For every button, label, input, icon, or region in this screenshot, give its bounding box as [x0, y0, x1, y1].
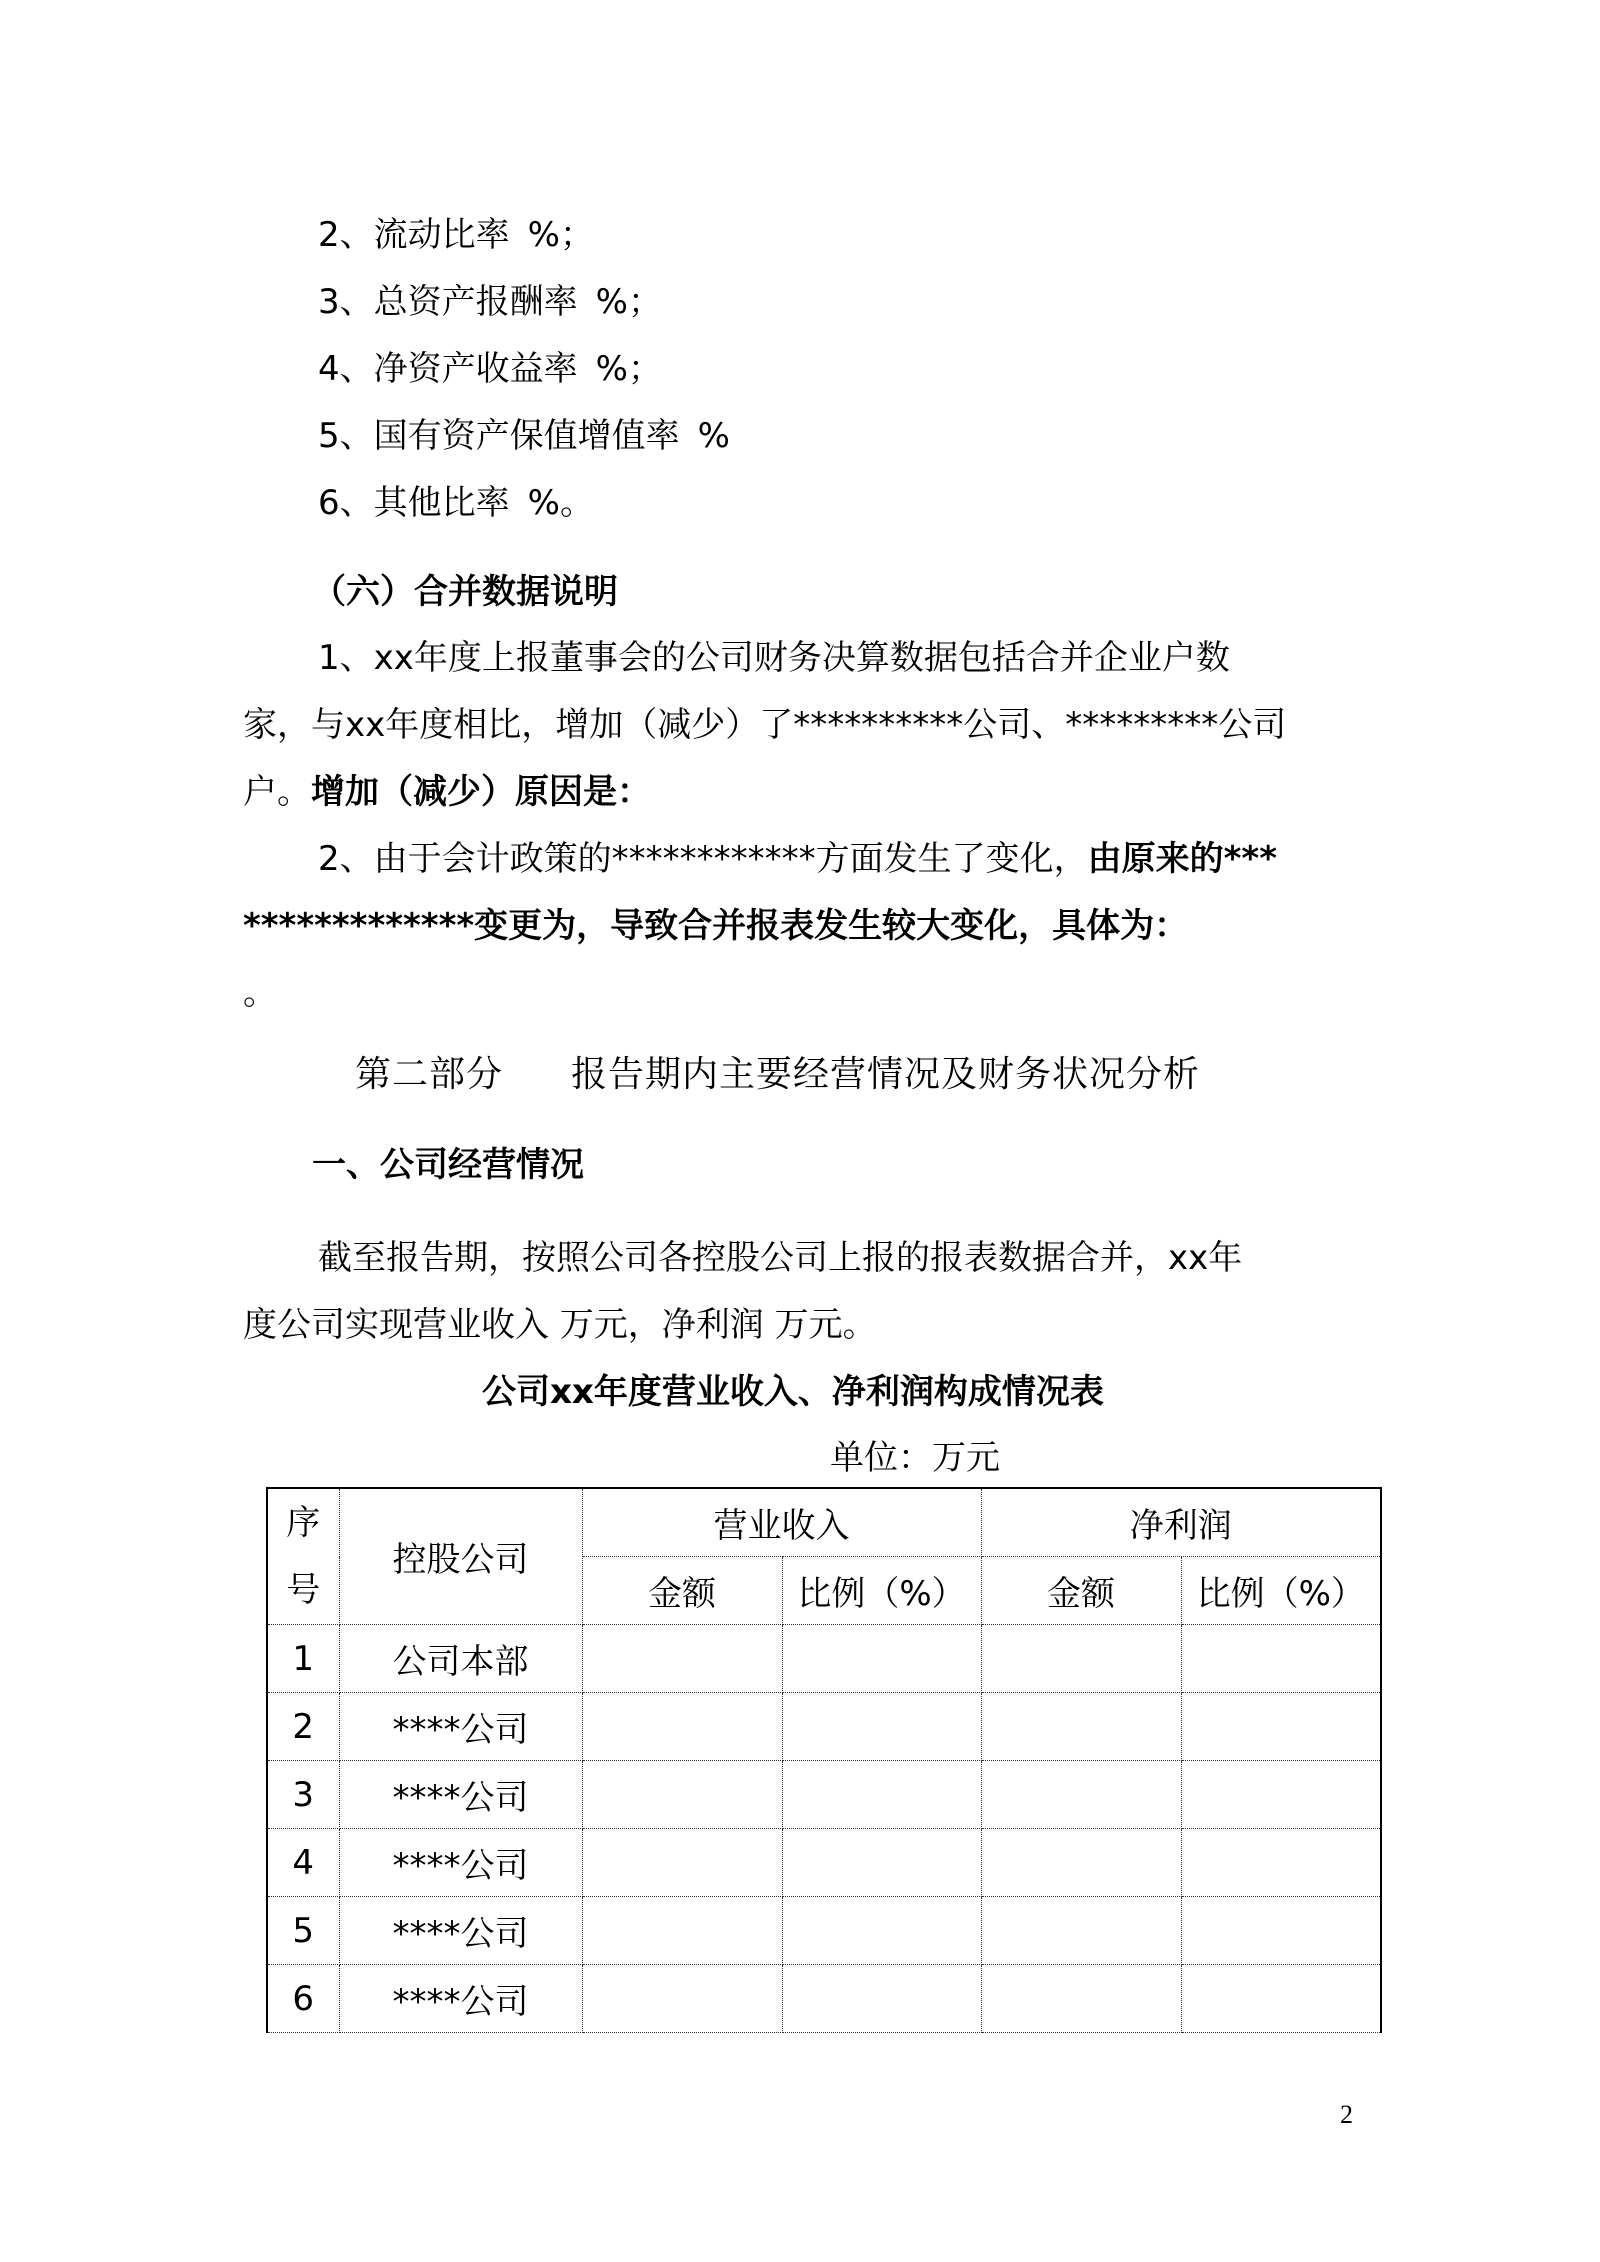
header-revenue-amount: 金额 [582, 1557, 782, 1625]
cell-rev-amount [582, 1693, 782, 1761]
cell-profit-amount [981, 1761, 1181, 1829]
header-seq-bottom: 号 [268, 1557, 339, 1624]
header-company: 控股公司 [339, 1488, 582, 1625]
table-row: 5 ****公司 [267, 1897, 1381, 1965]
ratio-suffix: %； [596, 282, 662, 322]
cell-profit-ratio [1181, 1829, 1381, 1897]
cell-profit-amount [981, 1829, 1181, 1897]
cell-seq: 3 [267, 1761, 339, 1829]
ratio-item-roa: 3、总资产报酬率%； [318, 282, 662, 322]
cell-rev-amount [582, 1965, 782, 2033]
paragraph-2-line-3: 。 [243, 973, 277, 1013]
cell-seq: 1 [267, 1625, 339, 1693]
page-number: 2 [1340, 2100, 1353, 2130]
header-seq: 序 号 [267, 1488, 339, 1625]
cell-seq: 5 [267, 1897, 339, 1965]
cell-profit-ratio [1181, 1897, 1381, 1965]
part-title-text: 报告期内主要经营情况及财务状况分析 [571, 1054, 1200, 1095]
table-row: 6 ****公司 [267, 1965, 1381, 2033]
ratio-label: 3、总资产报酬率 [318, 282, 578, 322]
table-row: 1 公司本部 [267, 1625, 1381, 1693]
section-heading-merged-data: （六）合并数据说明 [312, 572, 618, 612]
cell-rev-ratio [782, 1693, 981, 1761]
ratio-item-other: 6、其他比率%。 [318, 483, 594, 523]
cell-rev-amount [582, 1897, 782, 1965]
paragraph-1-line-2: 家，与xx年度相比，增加（减少）了**********公司、*********公… [243, 705, 1286, 745]
paragraph-1-line-3: 户。增加（减少）原因是： [243, 772, 651, 812]
cell-company: ****公司 [339, 1965, 582, 2033]
header-revenue: 营业收入 [582, 1488, 981, 1557]
part-title: 第二部分报告期内主要经营情况及财务状况分析 [355, 1055, 1200, 1095]
header-profit-ratio: 比例（%） [1181, 1557, 1381, 1625]
table-row: 3 ****公司 [267, 1761, 1381, 1829]
cell-profit-ratio [1181, 1761, 1381, 1829]
cell-rev-amount [582, 1761, 782, 1829]
paragraph-2-line-1: 2、由于会计政策的************方面发生了变化，由原来的*** [318, 839, 1277, 879]
ratio-item-roe: 4、净资产收益率%； [318, 349, 662, 389]
cell-company: ****公司 [339, 1897, 582, 1965]
ratio-suffix: %； [528, 215, 594, 255]
header-profit: 净利润 [981, 1488, 1381, 1557]
cell-company: ****公司 [339, 1761, 582, 1829]
cell-company: ****公司 [339, 1693, 582, 1761]
cell-rev-amount [582, 1829, 782, 1897]
cell-profit-amount [981, 1625, 1181, 1693]
revenue-profit-table: 序 号 控股公司 营业收入 净利润 金额 比例（%） 金额 比例（%） 1 公司… [266, 1487, 1382, 2033]
ratio-suffix: %； [596, 349, 662, 389]
cell-profit-ratio [1181, 1625, 1381, 1693]
table-row: 2 ****公司 [267, 1693, 1381, 1761]
cell-rev-ratio [782, 1829, 981, 1897]
text-bold: 增加（减少）原因是： [311, 772, 651, 812]
ratio-item-current: 2、流动比率%； [318, 215, 594, 255]
ratio-label: 5、国有资产保值增值率 [318, 416, 680, 456]
table-unit: 单位：万元 [830, 1438, 1000, 1478]
paragraph-2-line-2: *************变更为，导致合并报表发生较大变化，具体为： [243, 906, 1188, 946]
ratio-suffix: % [698, 416, 730, 456]
cell-rev-ratio [782, 1897, 981, 1965]
table-title: 公司xx年度营业收入、净利润构成情况表 [482, 1372, 1104, 1412]
cell-rev-amount [582, 1625, 782, 1693]
cell-company: ****公司 [339, 1829, 582, 1897]
text-normal: 2、由于会计政策的************方面发生了变化， [318, 839, 1088, 879]
table-row: 4 ****公司 [267, 1829, 1381, 1897]
part-label: 第二部分 [355, 1054, 503, 1095]
cell-rev-ratio [782, 1761, 981, 1829]
sub-heading-operations: 一、公司经营情况 [312, 1145, 584, 1185]
ratio-label: 2、流动比率 [318, 215, 510, 255]
body-line-1: 截至报告期，按照公司各控股公司上报的报表数据合并，xx年 [318, 1238, 1242, 1278]
cell-profit-amount [981, 1897, 1181, 1965]
cell-profit-amount [981, 1693, 1181, 1761]
cell-profit-ratio [1181, 1965, 1381, 2033]
table-header-row-1: 序 号 控股公司 营业收入 净利润 [267, 1488, 1381, 1557]
ratio-label: 6、其他比率 [318, 483, 510, 523]
cell-company: 公司本部 [339, 1625, 582, 1693]
header-profit-amount: 金额 [981, 1557, 1181, 1625]
cell-rev-ratio [782, 1965, 981, 2033]
cell-seq: 2 [267, 1693, 339, 1761]
ratio-suffix: %。 [528, 483, 594, 523]
text-bold: 由原来的*** [1088, 839, 1277, 879]
cell-rev-ratio [782, 1625, 981, 1693]
header-revenue-ratio: 比例（%） [782, 1557, 981, 1625]
paragraph-1-line-1: 1、xx年度上报董事会的公司财务决算数据包括合并企业户数 [318, 638, 1230, 678]
ratio-label: 4、净资产收益率 [318, 349, 578, 389]
header-seq-top: 序 [268, 1490, 339, 1557]
cell-seq: 6 [267, 1965, 339, 2033]
text-normal: 户。 [243, 772, 311, 812]
cell-seq: 4 [267, 1829, 339, 1897]
body-line-2: 度公司实现营业收入 万元，净利润 万元。 [243, 1305, 877, 1345]
ratio-item-state-asset: 5、国有资产保值增值率% [318, 416, 730, 456]
cell-profit-amount [981, 1965, 1181, 2033]
cell-profit-ratio [1181, 1693, 1381, 1761]
